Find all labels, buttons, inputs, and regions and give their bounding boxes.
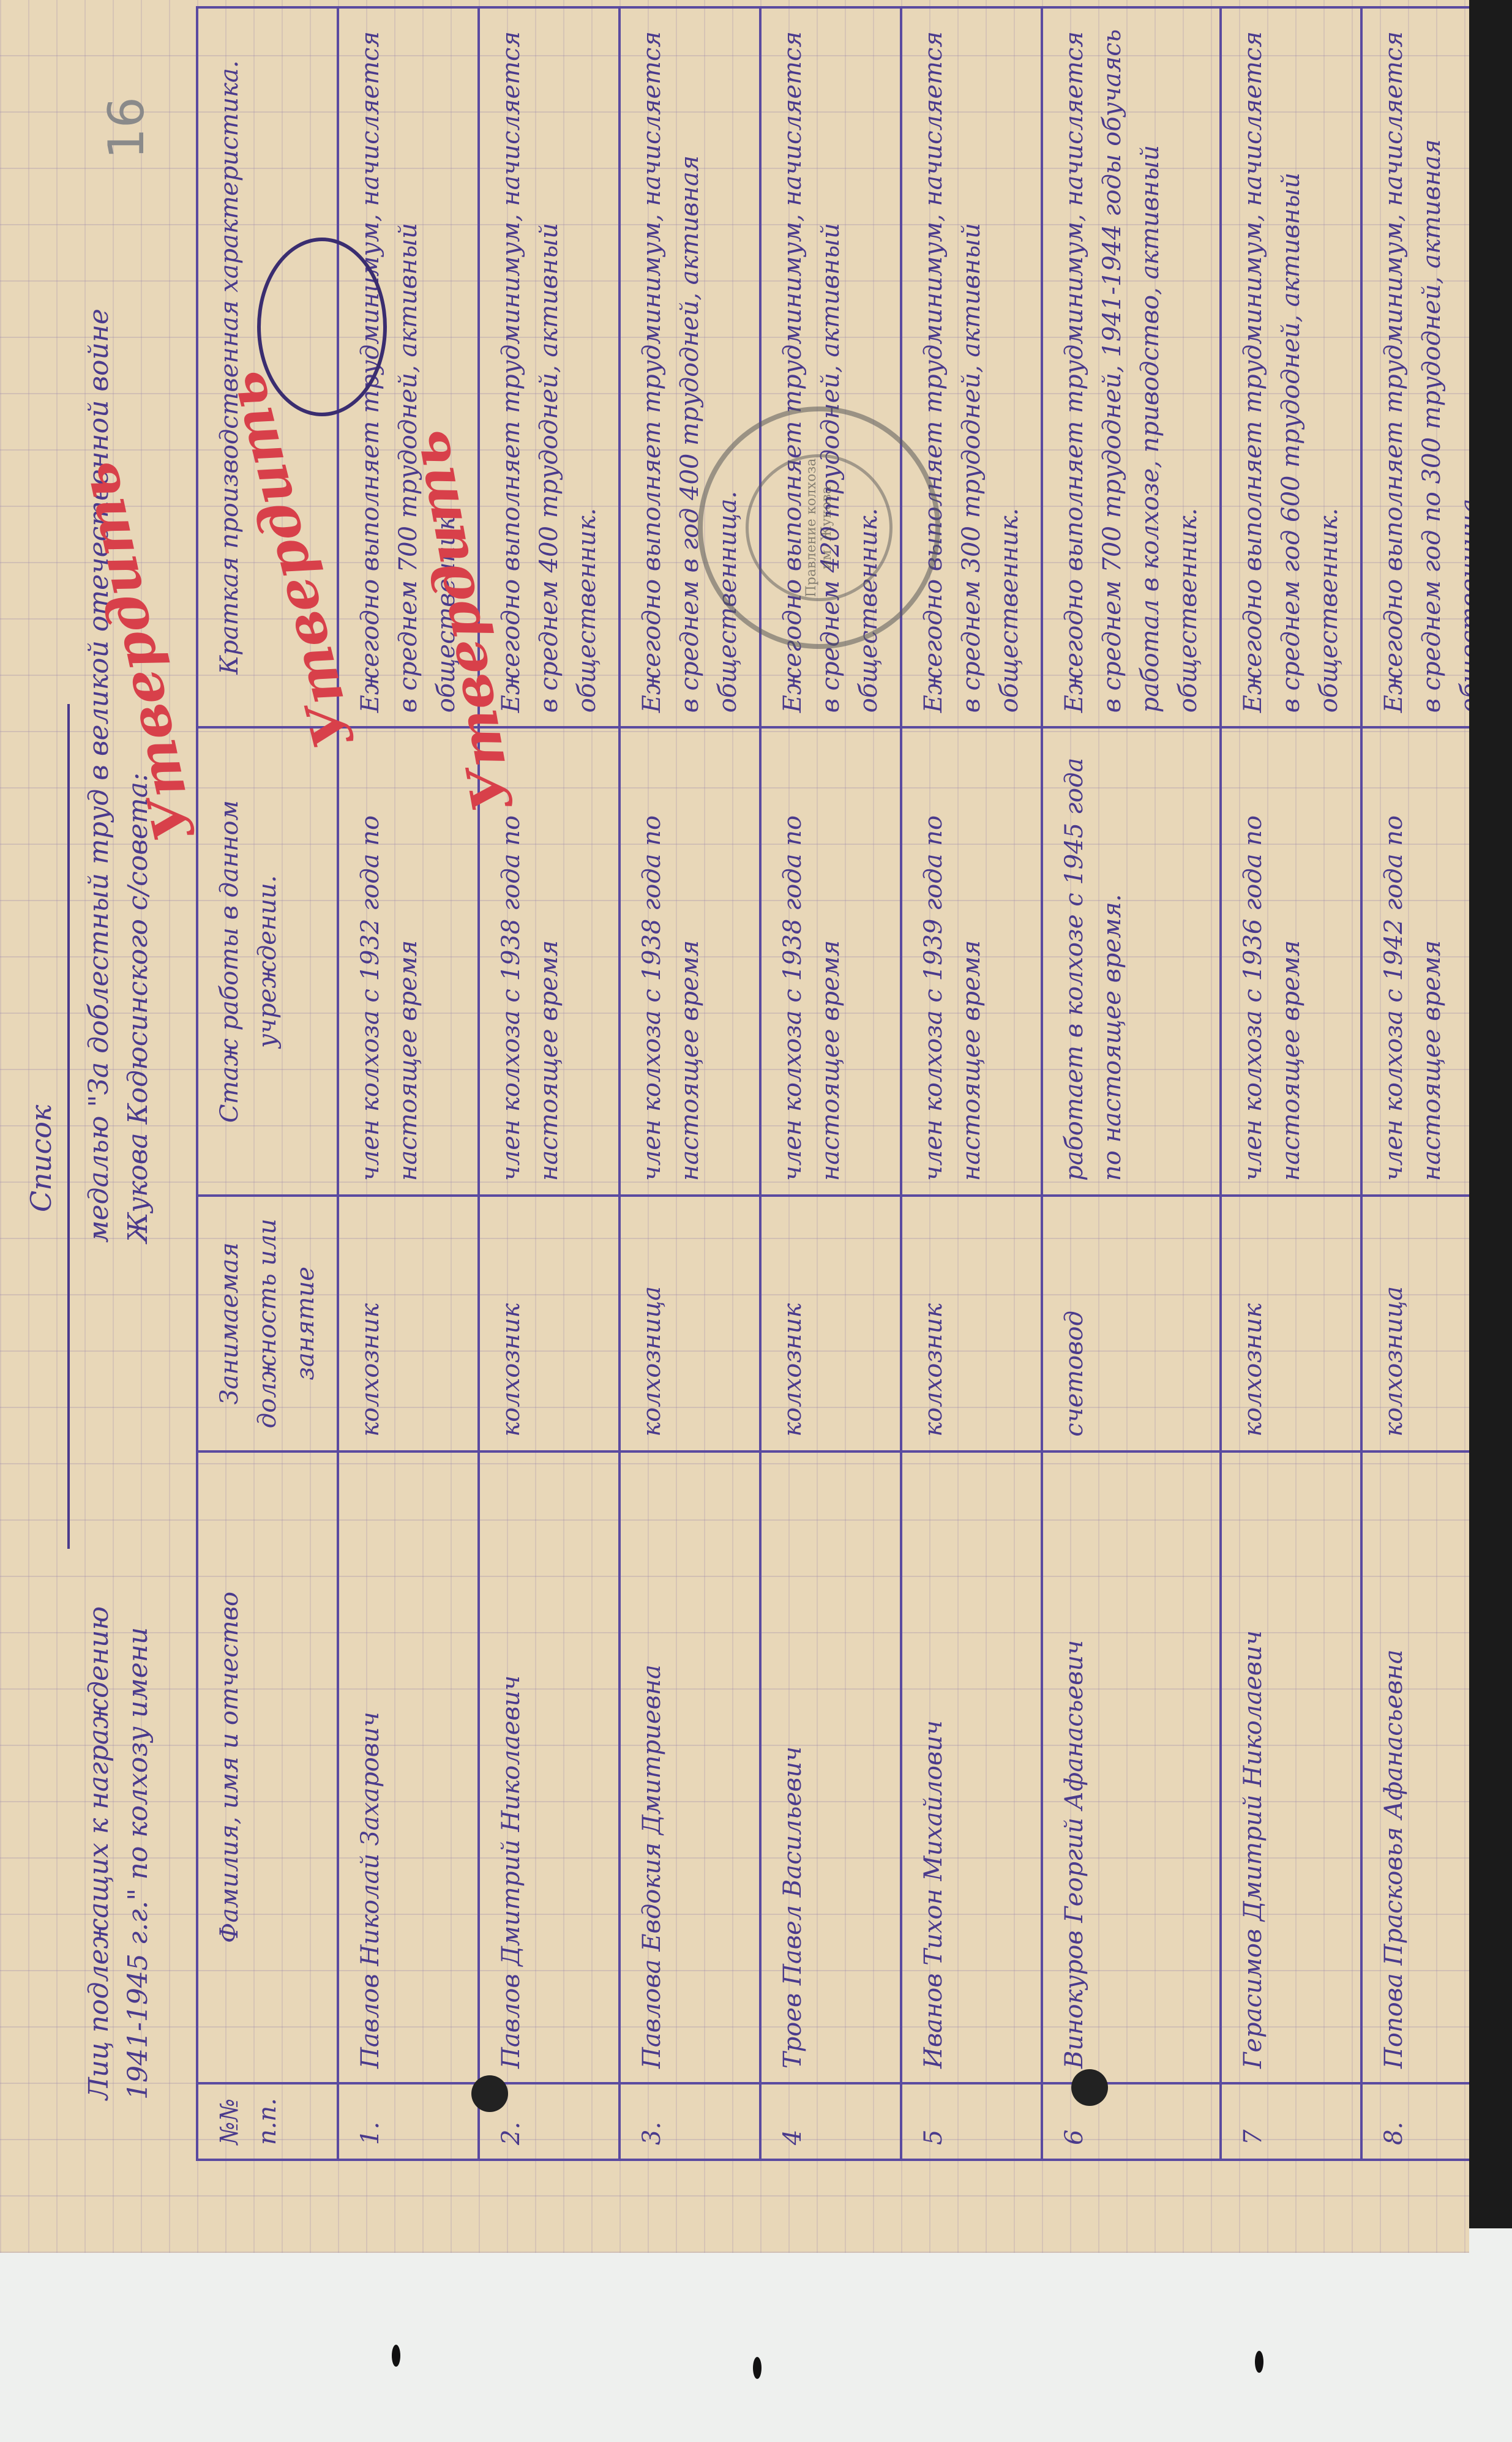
full-name: Павлов Дмитрий Николаевич bbox=[479, 1451, 619, 2083]
position: колхозник bbox=[901, 1196, 1042, 1451]
table-row: 8. Попова Прасковья Афанасьевна колхозни… bbox=[1361, 7, 1469, 2160]
binding-hole-icon bbox=[1255, 2351, 1263, 2373]
table-row: 3. Павлова Евдокия Дмитриевна колхозница… bbox=[619, 7, 760, 2160]
seal-emblem: Правление колхоза им. Жукова bbox=[746, 454, 893, 601]
column-header-tenure: Стаж работы в данном учреждении. bbox=[197, 727, 338, 1196]
position: колхозник bbox=[1221, 1196, 1361, 1451]
characteristic: Ежегодно выполняет трудминимум, начисляе… bbox=[619, 7, 760, 727]
tenure: член колхоза с 1938 года по настоящее вр… bbox=[619, 727, 760, 1196]
document-subtitle-left: Лиц подлежащих к награждению 1941-1945 г… bbox=[80, 1606, 158, 2100]
column-header-position: Занимаемая должность или занятие bbox=[197, 1196, 338, 1451]
page-number: 16 bbox=[98, 97, 155, 159]
position: колхозница bbox=[619, 1196, 760, 1451]
tenure: член колхоза с 1936 года по настоящее вр… bbox=[1221, 727, 1361, 1196]
full-name: Герасимов Дмитрий Николаевич bbox=[1221, 1451, 1361, 2083]
full-name: Попова Прасковья Афанасьевна bbox=[1361, 1451, 1469, 2083]
table-row: 6 Винокуров Георгий Афанасьевич счетовод… bbox=[1042, 7, 1221, 2160]
characteristic: Ежегодно выполняет трудминимум, начисляе… bbox=[1042, 7, 1221, 727]
column-header-number: №№ п.п. bbox=[197, 2083, 338, 2160]
position: колхозник bbox=[338, 1196, 479, 1451]
document-heading: Список bbox=[24, 1105, 58, 1212]
full-name: Иванов Тихон Михайлович bbox=[901, 1451, 1042, 2083]
official-seal-icon: Правление колхоза им. Жукова bbox=[698, 406, 940, 649]
row-number: 4 bbox=[760, 2083, 901, 2160]
row-number: 3. bbox=[619, 2083, 760, 2160]
characteristic: Ежегодно выполняет трудминимум, начисляе… bbox=[479, 7, 619, 727]
full-name: Троев Павел Васильевич bbox=[760, 1451, 901, 2083]
binding-hole-icon bbox=[392, 2345, 400, 2367]
document-page: Список Лиц подлежащих к награждению 1941… bbox=[0, 0, 1469, 2253]
rotated-page-content: Список Лиц подлежащих к награждению 1941… bbox=[0, 0, 1469, 2253]
awards-table: №№ п.п. Фамилия, имя и отчество Занимаем… bbox=[196, 6, 1469, 2161]
heading-underline bbox=[67, 704, 70, 1549]
subtitle-line: медалью "За доблестный труд в великой от… bbox=[80, 309, 119, 1243]
tenure: член колхоза с 1939 года по настоящее вр… bbox=[901, 727, 1042, 1196]
signature-icon bbox=[257, 238, 387, 416]
characteristic: Ежегодно выполняет трудминимум, начисляе… bbox=[1221, 7, 1361, 727]
full-name: Павлова Евдокия Дмитриевна bbox=[619, 1451, 760, 2083]
table-row: 7 Герасимов Дмитрий Николаевич колхозник… bbox=[1221, 7, 1361, 2160]
tenure: член колхоза с 1932 года по настоящее вр… bbox=[338, 727, 479, 1196]
tenure: член колхоза с 1942 года по настоящее вр… bbox=[1361, 727, 1469, 1196]
table-row: 5 Иванов Тихон Михайлович колхозник член… bbox=[901, 7, 1042, 2160]
tenure: член колхоза с 1938 года по настоящее вр… bbox=[760, 727, 901, 1196]
table-row: 4 Троев Павел Васильевич колхозник член … bbox=[760, 7, 901, 2160]
binding-hole-icon bbox=[1071, 2069, 1108, 2106]
column-header-name: Фамилия, имя и отчество bbox=[197, 1451, 338, 2083]
archive-backing-sheet bbox=[0, 2228, 1512, 2442]
row-number: 1. bbox=[338, 2083, 479, 2160]
row-number: 8. bbox=[1361, 2083, 1469, 2160]
position: колхозник bbox=[479, 1196, 619, 1451]
full-name: Винокуров Георгий Афанасьевич bbox=[1042, 1451, 1221, 2083]
scan-background bbox=[1469, 0, 1512, 2265]
row-number: 6 bbox=[1042, 2083, 1221, 2160]
binding-hole-icon bbox=[471, 2075, 508, 2112]
position: колхозница bbox=[1361, 1196, 1469, 1451]
tenure: работает в колхозе с 1945 года по настоя… bbox=[1042, 727, 1221, 1196]
characteristic: Ежегодно выполняет трудминимум, начисляе… bbox=[1361, 7, 1469, 727]
table-row: 2. Павлов Дмитрий Николаевич колхозник ч… bbox=[479, 7, 619, 2160]
position: колхозник bbox=[760, 1196, 901, 1451]
row-number: 7 bbox=[1221, 2083, 1361, 2160]
row-number: 5 bbox=[901, 2083, 1042, 2160]
position: счетовод bbox=[1042, 1196, 1221, 1451]
full-name: Павлов Николай Захарович bbox=[338, 1451, 479, 2083]
binding-hole-icon bbox=[753, 2357, 762, 2379]
subtitle-line: 1941-1945 г.г." по колхозу имени bbox=[119, 1606, 158, 2100]
subtitle-line: Лиц подлежащих к награждению bbox=[80, 1606, 119, 2100]
characteristic: Ежегодно выполняет трудминимум, начисляе… bbox=[901, 7, 1042, 727]
